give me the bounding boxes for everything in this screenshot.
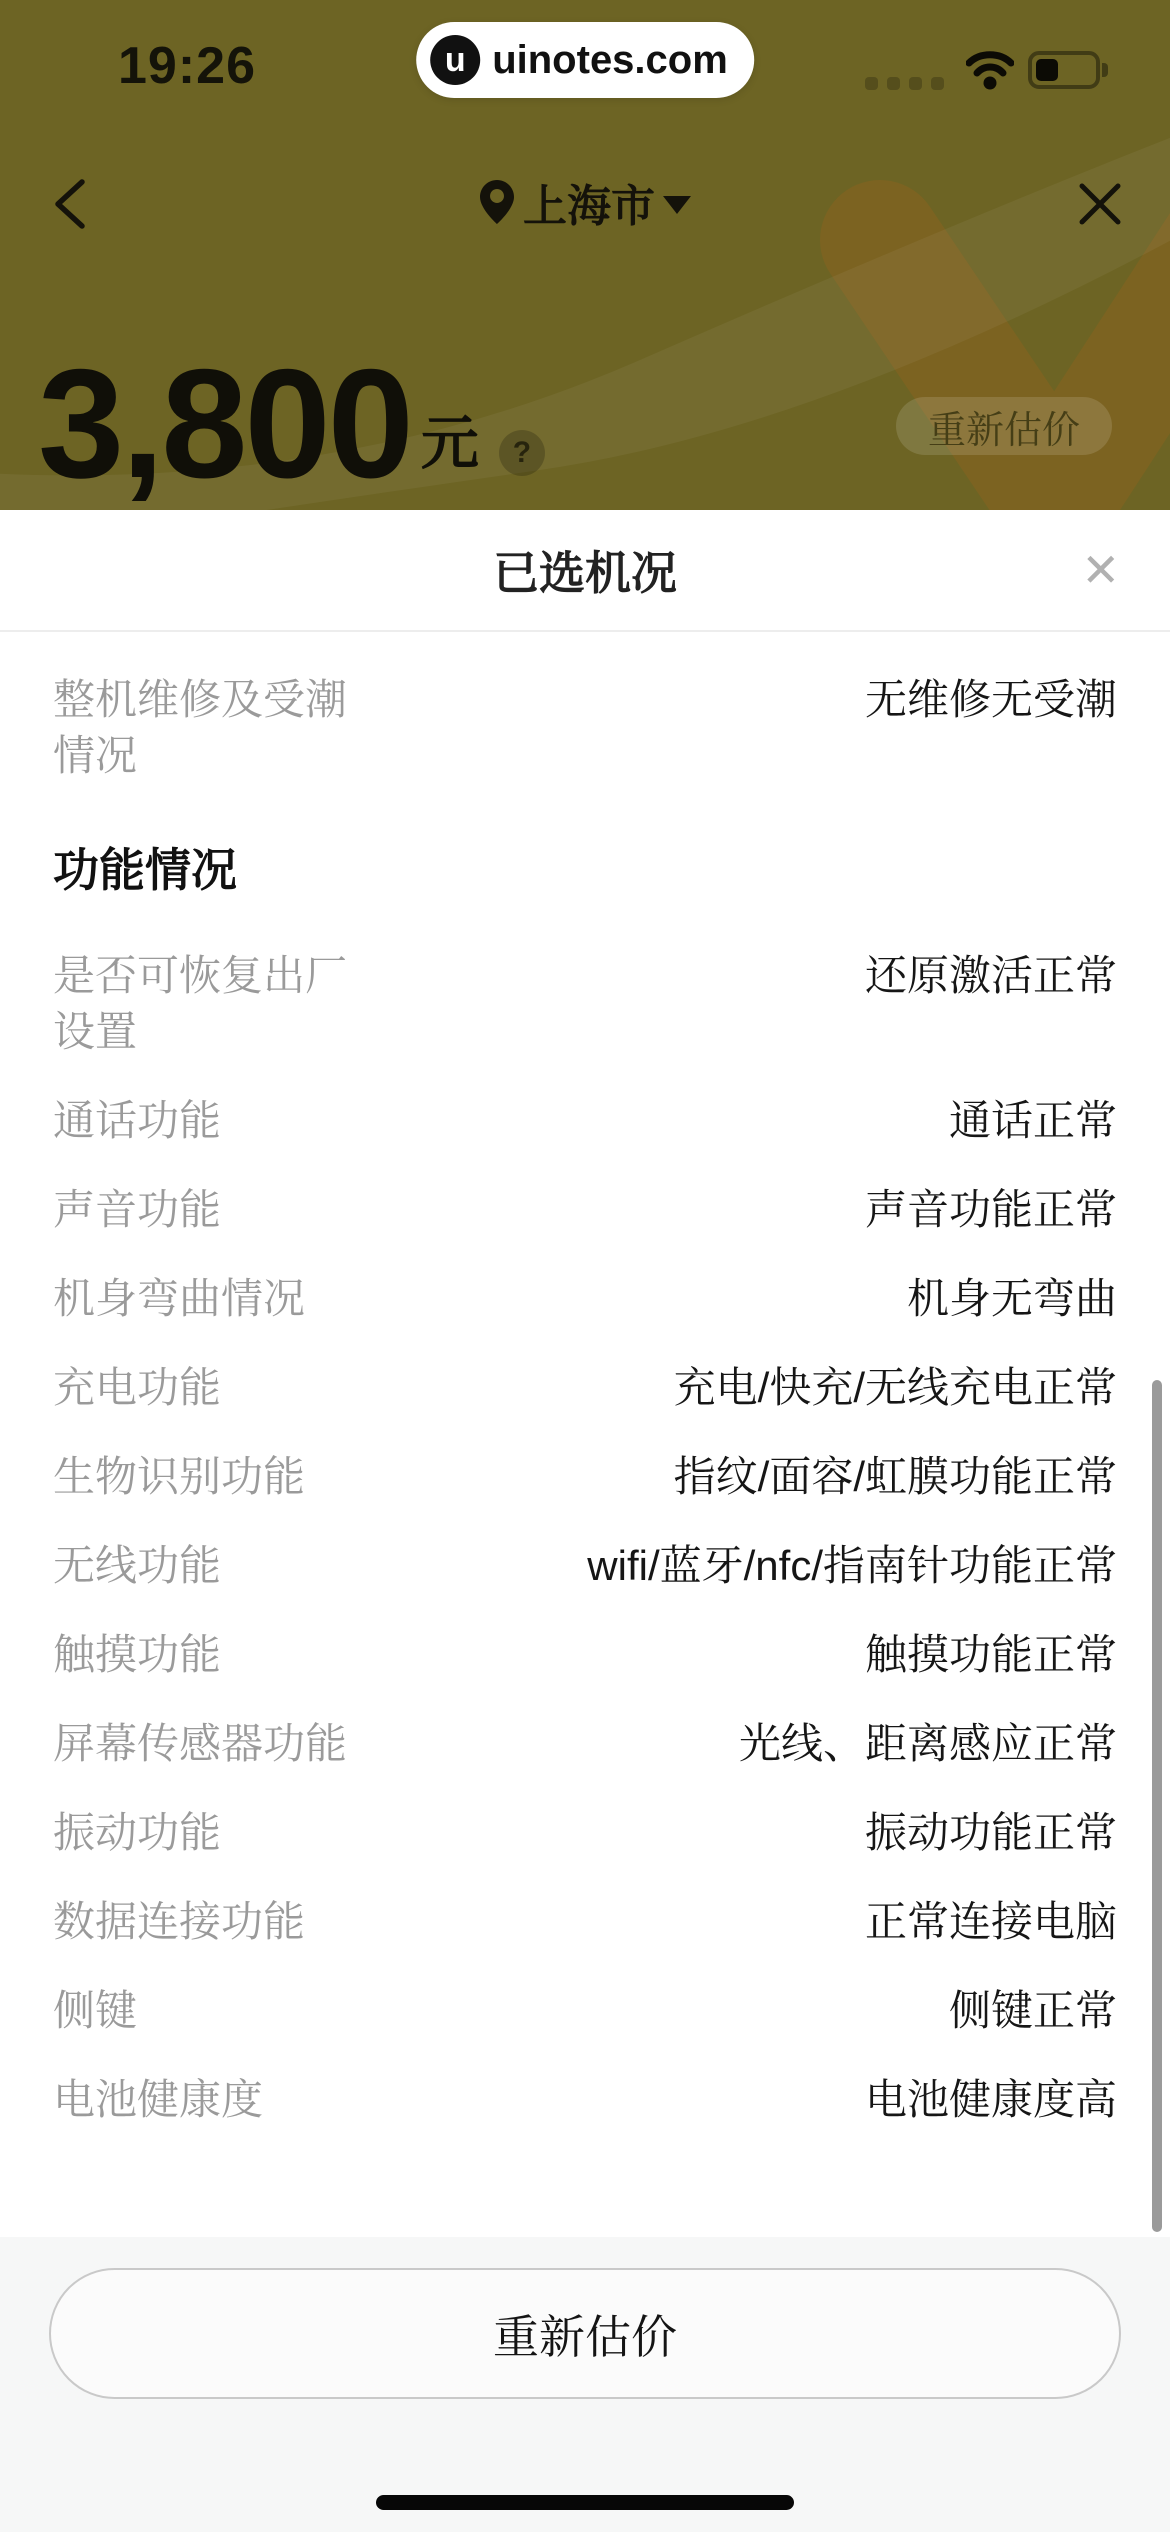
condition-list: 整机维修及受潮情况无维修无受潮功能情况是否可恢复出厂设置还原激活正常通话功能通话…: [0, 632, 1170, 2237]
condition-sheet: 已选机况 ✕ 整机维修及受潮情况无维修无受潮功能情况是否可恢复出厂设置还原激活正…: [0, 510, 1170, 2237]
condition-value: 触摸功能正常: [373, 1627, 1117, 1683]
condition-value: 充电/快充/无线充电正常: [373, 1360, 1117, 1416]
price-unit: 元: [421, 396, 479, 480]
condition-value: 光线、距离感应正常: [373, 1716, 1117, 1772]
sheet-header: 已选机况 ✕: [0, 510, 1170, 632]
condition-label: 声音功能: [53, 1182, 373, 1238]
reestimate-button[interactable]: 重新估价: [49, 2268, 1121, 2399]
condition-label: 通话功能: [53, 1093, 373, 1149]
condition-value: 还原激活正常: [373, 948, 1117, 1004]
condition-label: 整机维修及受潮情况: [53, 672, 373, 784]
sheet-title: 已选机况: [493, 537, 677, 603]
condition-row: 振动功能振动功能正常: [53, 1805, 1117, 1861]
condition-label: 生物识别功能: [53, 1449, 373, 1505]
price-help-icon[interactable]: ?: [499, 430, 545, 476]
condition-label: 侧键: [53, 1983, 373, 2039]
condition-row: 充电功能充电/快充/无线充电正常: [53, 1360, 1117, 1416]
home-indicator[interactable]: [376, 2495, 794, 2510]
condition-label: 屏幕传感器功能: [53, 1716, 373, 1772]
site-logo-icon: u: [430, 35, 480, 85]
condition-row: 无线功能wifi/蓝牙/nfc/指南针功能正常: [53, 1538, 1117, 1594]
condition-row: 声音功能声音功能正常: [53, 1182, 1117, 1238]
condition-row: 电池健康度电池健康度高: [53, 2072, 1117, 2128]
battery-icon: [1028, 51, 1108, 89]
sheet-close-button[interactable]: ✕: [1081, 547, 1120, 593]
status-bar: 19:26 u uinotes.com: [0, 0, 1170, 100]
close-icon: [1070, 174, 1130, 234]
site-pill-label: uinotes.com: [492, 38, 728, 83]
condition-value: 电池健康度高: [373, 2072, 1117, 2128]
nav-bar: 上海市: [0, 174, 1170, 258]
reestimate-chip-button[interactable]: 重新估价: [896, 397, 1112, 455]
scrollbar[interactable]: [1152, 1380, 1162, 2232]
condition-row: 机身弯曲情况机身无弯曲: [53, 1271, 1117, 1327]
condition-value: 正常连接电脑: [373, 1894, 1117, 1950]
condition-label: 充电功能: [53, 1360, 373, 1416]
condition-value: 振动功能正常: [373, 1805, 1117, 1861]
condition-value: 无维修无受潮: [373, 672, 1117, 728]
footer: 重新估价: [0, 2237, 1170, 2532]
condition-label: 电池健康度: [53, 2072, 373, 2128]
condition-label: 数据连接功能: [53, 1894, 373, 1950]
condition-value: 指纹/面容/虹膜功能正常: [373, 1449, 1117, 1505]
condition-row: 是否可恢复出厂设置还原激活正常: [53, 948, 1117, 1060]
page-close-button[interactable]: [1070, 174, 1130, 234]
condition-row: 触摸功能触摸功能正常: [53, 1627, 1117, 1683]
price-block: 3,800 元 ?: [38, 364, 545, 484]
condition-row: 数据连接功能正常连接电脑: [53, 1894, 1117, 1950]
caret-down-icon: [663, 196, 691, 214]
condition-value: 机身无弯曲: [373, 1271, 1117, 1327]
condition-label: 是否可恢复出厂设置: [53, 948, 373, 1060]
wifi-icon: [966, 50, 1014, 90]
condition-value: 声音功能正常: [373, 1182, 1117, 1238]
city-name: 上海市: [523, 170, 655, 234]
cellular-signal-icon: [865, 77, 944, 90]
price-amount: 3,800: [38, 364, 411, 484]
condition-row: 通话功能通话正常: [53, 1093, 1117, 1149]
status-time: 19:26: [118, 36, 256, 96]
chevron-left-icon: [44, 174, 104, 234]
condition-row: 屏幕传感器功能光线、距离感应正常: [53, 1716, 1117, 1772]
condition-value: 侧键正常: [373, 1983, 1117, 2039]
condition-label: 振动功能: [53, 1805, 373, 1861]
hero-header: 19:26 u uinotes.com: [0, 0, 1170, 510]
condition-row: 生物识别功能指纹/面容/虹膜功能正常: [53, 1449, 1117, 1505]
condition-value: 通话正常: [373, 1093, 1117, 1149]
location-pin-icon: [479, 179, 515, 225]
condition-value: wifi/蓝牙/nfc/指南针功能正常: [373, 1538, 1117, 1594]
condition-row: 侧键侧键正常: [53, 1983, 1117, 2039]
condition-row: 整机维修及受潮情况无维修无受潮: [53, 672, 1117, 784]
section-heading: 功能情况: [53, 842, 1117, 898]
screen: 19:26 u uinotes.com: [0, 0, 1170, 2532]
city-selector[interactable]: 上海市: [479, 174, 691, 230]
site-pill: u uinotes.com: [416, 22, 754, 98]
condition-label: 触摸功能: [53, 1627, 373, 1683]
status-icons: [865, 50, 1108, 90]
back-button[interactable]: [44, 174, 104, 234]
condition-label: 机身弯曲情况: [53, 1271, 373, 1327]
condition-label: 无线功能: [53, 1538, 373, 1594]
